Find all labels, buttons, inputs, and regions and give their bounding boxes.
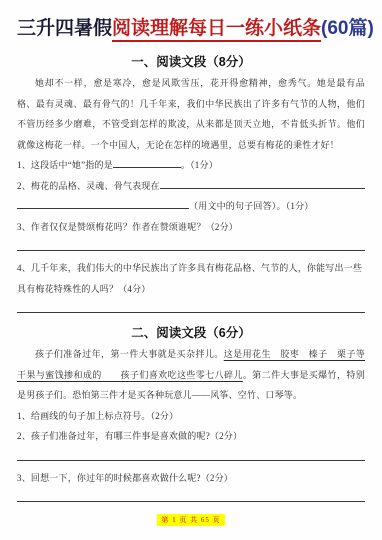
answer-line[interactable] [17,299,365,313]
section1-passage: 她却不一样，愈是寒冷，愈是风欺雪压，花开得愈精神，愈秀气。她是最有品格、最有灵魂… [17,73,365,155]
worksheet-page: 三升四暑假阅读理解每日一练小纸条(60篇) 一、阅读文段（8分） 她却不一样，愈… [0,0,382,540]
section2-heading: 二、阅读文段（6分） [17,325,365,342]
section2-question-3: 3、回想一下，你过年的时候都喜欢做什么呢?（2分） [17,468,365,489]
title-grade-part: 三升四暑假 [17,18,112,39]
section1-question-3: 3、作者仅仅是赞颂梅花吗？作者在赞颂谁呢？（2分） [17,217,365,238]
answer-blank[interactable] [113,156,181,168]
page-number-badge: 第 1 页 共 65 页 [157,514,224,526]
title-count-part: (60篇) [321,18,374,39]
passage-text: 孩子们准备过年，第一件大事就是买杂拌儿。 [35,349,224,359]
answer-line[interactable] [17,237,365,251]
section1-question-2-continued: （用文中的句子回答）。（1分） [17,196,365,217]
section2-question-1: 1、给画线的句子加上标点符号。（2分） [17,406,365,427]
page-title: 三升四暑假阅读理解每日一练小纸条(60篇) [17,16,365,42]
answer-line[interactable] [17,447,365,461]
section1-heading: 一、阅读文段（8分） [17,54,365,71]
page-footer: 第 1 页 共 65 页 [17,509,365,527]
question-text: 2、梅花的品格、灵魂、骨气表现在 [17,176,160,197]
answer-blank[interactable] [17,197,189,209]
answer-blank[interactable] [160,177,365,189]
question-text: （用文中的句子回答）。（1分） [189,201,314,211]
section2-question-2: 2、孩子们准备过年，有哪三件事是喜欢做的呢?（2分） [17,426,365,447]
question-text: 。（1分） [181,160,218,170]
section1-question-2: 2、梅花的品格、灵魂、骨气表现在 [17,176,365,197]
section2-passage: 孩子们准备过年，第一件大事就是买杂拌儿。这是用花生 胶枣 榛子 栗子等干果与蜜饯… [17,344,365,406]
title-main-part: 阅读理解每日一练小纸条 [112,18,321,42]
answer-line[interactable] [17,488,365,502]
section1-question-1: 1、这段话中“她”指的是。（1分） [17,155,365,176]
question-text: 1、这段话中“她”指的是 [17,160,113,170]
section1-question-4: 4、几千年来，我们伟大的中华民族出了许多具有梅花品格、气节的人，你能写出一些具有… [17,258,365,299]
